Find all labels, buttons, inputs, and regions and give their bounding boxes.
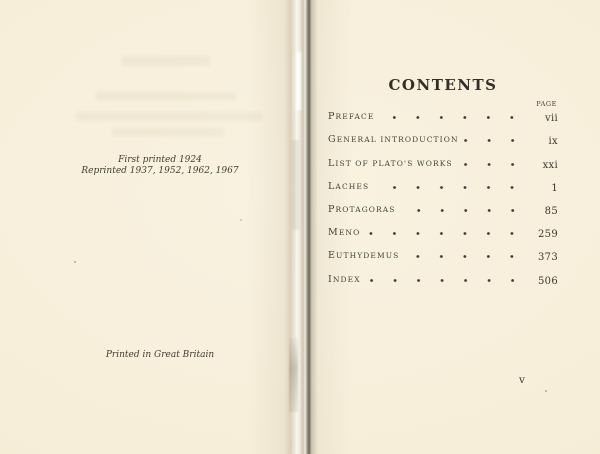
toc-entry-page: ix — [531, 136, 558, 151]
toc-entry-page: 1 — [531, 183, 558, 198]
toc-entry-label: LIST OF PLATO'S WORKS — [328, 158, 453, 175]
toc-row: LACHES 1 — [328, 175, 558, 198]
spine-smudge — [292, 140, 299, 230]
dot-leader — [464, 128, 531, 151]
toc-row: EUTHYDEMUS 373 — [328, 244, 558, 267]
spine-highlight — [296, 52, 301, 110]
toc-row: PROTAGORAS 85 — [328, 198, 558, 221]
paper-speck — [240, 219, 242, 221]
dot-leader — [404, 244, 531, 267]
spine-smudge — [289, 338, 298, 412]
toc-row: PREFACE vii — [328, 105, 558, 128]
show-through-ghost — [76, 112, 262, 121]
book-scan: First printed 1924 Reprinted 1937, 1952,… — [0, 0, 600, 454]
dot-leader — [365, 221, 531, 244]
show-through-ghost — [122, 56, 210, 66]
dot-leader — [458, 151, 531, 174]
dot-leader — [379, 105, 531, 128]
toc-entry-page: 259 — [531, 229, 558, 244]
toc-entry-page: 506 — [531, 276, 558, 291]
toc-entry-label: INDEX — [328, 274, 361, 291]
toc-row: GENERAL INTRODUCTION ix — [328, 128, 558, 151]
toc-entry-label: EUTHYDEMUS — [328, 250, 399, 267]
paper-speck — [74, 261, 76, 263]
toc-entry-label: MENO — [328, 227, 360, 244]
toc-row: MENO 259 — [328, 221, 558, 244]
imprint-line-1: First printed 1924 — [40, 155, 280, 166]
toc-entry-label: LACHES — [328, 181, 369, 198]
dot-leader — [366, 267, 531, 290]
printer-note: Printed in Great Britain — [40, 350, 280, 360]
toc-entry-label: GENERAL INTRODUCTION — [328, 134, 459, 151]
toc-row: INDEX 506 — [328, 267, 558, 290]
toc-entry-page: 85 — [531, 206, 558, 221]
toc-rows: PREFACE vii GENERAL INTRODUCTION ix LIST… — [328, 105, 558, 291]
toc-entry-page: xxi — [531, 160, 558, 175]
toc-entry-page: 373 — [531, 252, 558, 267]
toc-entry-label: PROTAGORAS — [328, 204, 396, 221]
dot-leader — [401, 198, 531, 221]
folio-number: v — [507, 374, 537, 386]
imprint-block: First printed 1924 Reprinted 1937, 1952,… — [40, 155, 280, 176]
table-of-contents: CONTENTS PAGE PREFACE vii GENERAL INTROD… — [328, 76, 558, 291]
imprint-line-2: Reprinted 1937, 1952, 1962, 1967 — [40, 166, 280, 177]
page-title: CONTENTS — [328, 76, 558, 95]
toc-entry-label: PREFACE — [328, 111, 374, 128]
show-through-ghost — [112, 128, 224, 136]
dot-leader — [374, 175, 531, 198]
paper-speck — [545, 390, 547, 392]
show-through-ghost — [96, 92, 236, 100]
toc-row: LIST OF PLATO'S WORKS xxi — [328, 151, 558, 174]
toc-entry-page: vii — [531, 113, 558, 128]
